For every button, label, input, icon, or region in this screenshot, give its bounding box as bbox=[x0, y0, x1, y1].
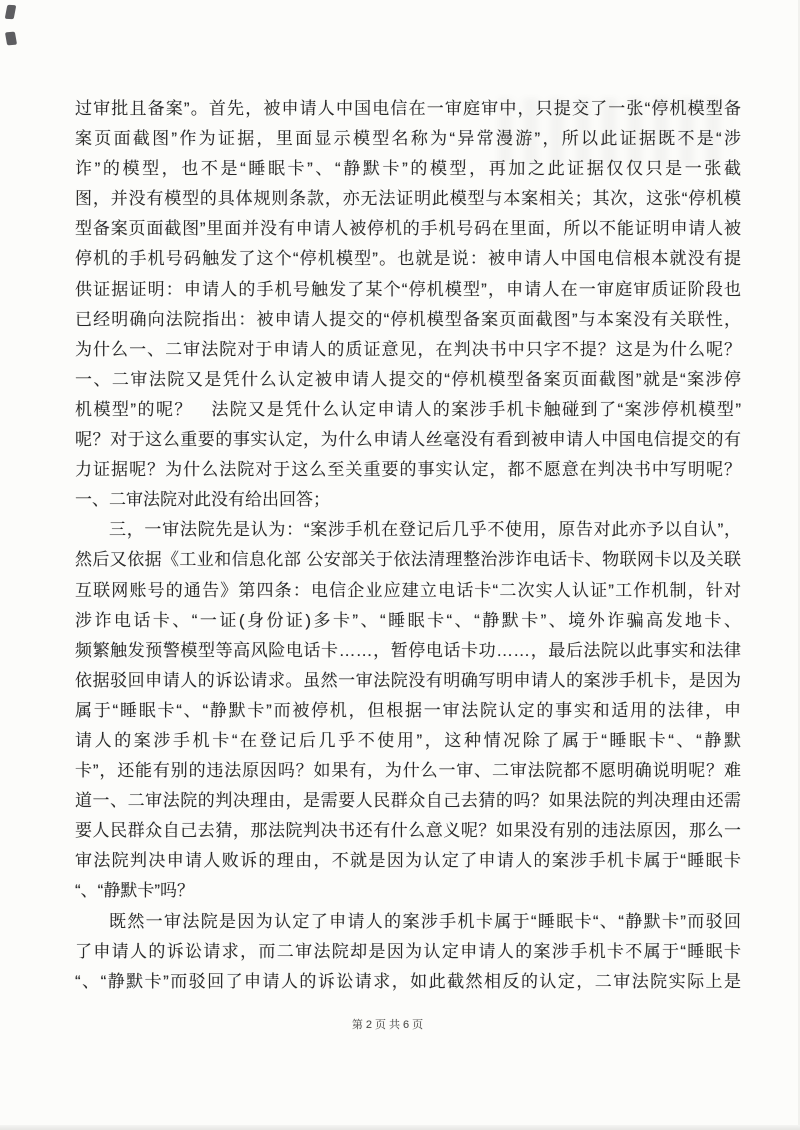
text-line: 要人民群众自己去猜，那法院判决书还有什么意义呢？如果没有别的违法原因，那么一 bbox=[75, 816, 741, 846]
text-line: 过审批且备案”。首先，被申请人中国电信在一审庭审中，只提交了一张“停机模型备 bbox=[75, 94, 741, 124]
scan-artifact-mark bbox=[5, 5, 17, 19]
text-line: 然后又依据《工业和信息化部 公安部关于依法清理整治涉诈电话卡、物联网卡以及关联 bbox=[75, 545, 741, 575]
text-line: 频繁触发预警模型等高风险电话卡……，暂停电话卡功……，最后法院以此事实和法律 bbox=[75, 636, 741, 666]
text-line: 三，一审法院先是认为：“案涉手机在登记后几乎不使用，原告对此亦予以自认”， bbox=[75, 515, 741, 545]
text-line: 请人的案涉手机卡“在登记后几乎不使用”，这种情况除了属于“睡眠卡“、“静默 bbox=[75, 726, 741, 756]
text-line: 已经明确向法院指出：被申请人提交的“停机模型备案页面截图”与本案没有关联性， bbox=[75, 305, 741, 335]
text-line: “、“静默卡”吗？ bbox=[75, 876, 741, 906]
text-line: 为什么一、二审法院对于申请人的质证意见，在判决书中只字不提？这是为什么呢？ bbox=[75, 335, 741, 365]
text-line: 停机的手机号码触发了这个“停机模型”。也就是说：被申请人中国电信根本就没有提 bbox=[75, 244, 741, 274]
text-line: 力证据呢？为什么法院对于这么至关重要的事实认定，都不愿意在判决书中写明呢？ bbox=[75, 455, 741, 485]
text-line: 一、二审法院对此没有给出回答； bbox=[75, 485, 741, 515]
text-line: 审法院判决申请人败诉的理由，不就是因为认定了申请人的案涉手机卡属于“睡眠卡 bbox=[75, 846, 741, 876]
text-line: 涉诈电话卡、“一证(身份证)多卡”、“睡眠卡“、“静默卡”、境外诈骗高发地卡、 bbox=[75, 606, 741, 636]
text-line: 互联网账号的通告》第四条：电信企业应建立电话卡“二次实人认证”工作机制，针对 bbox=[75, 576, 741, 606]
text-line: 供证据证明：申请人的手机号触发了某个“停机模型”，申请人在一审庭审质证阶段也 bbox=[75, 275, 741, 305]
text-line: 案页面截图”作为证据，里面显示模型名称为“异常漫游”，所以此证据既不是“涉 bbox=[75, 124, 741, 154]
text-line: 图，并没有模型的具体规则条款，亦无法证明此模型与本案相关；其次，这张“停机模 bbox=[75, 184, 741, 214]
text-line: 型备案页面截图”里面并没有申请人被停机的手机号码在里面，所以不能证明申请人被 bbox=[75, 214, 741, 244]
text-line: 依据驳回申请人的诉讼请求。虽然一审法院没有明确写明申请人的案涉手机卡，是因为 bbox=[75, 666, 741, 696]
page-number: 第2页共6页 bbox=[0, 1016, 789, 1032]
text-line: 机模型”的呢？ 法院又是凭什么认定申请人的案涉手机卡触碰到了“案涉停机模型” bbox=[75, 395, 741, 425]
text-line: 了申请人的诉讼请求，而二审法院却是因为认定申请人的案涉手机卡不属于“睡眠卡 bbox=[75, 937, 741, 967]
text-line: 既然一审法院是因为认定了申请人的案涉手机卡属于“睡眠卡“、“静默卡”而驳回 bbox=[75, 907, 741, 937]
text-line: 卡”，还能有别的违法原因吗？如果有，为什么一审、二审法院都不愿明确说明呢？难 bbox=[75, 756, 741, 786]
text-line: 道一、二审法院的判决理由，是需要人民群众自己去猜的吗？如果法院的判决理由还需 bbox=[75, 786, 741, 816]
scan-edge-bottom bbox=[0, 1125, 800, 1130]
text-line: “、“静默卡”而驳回了申请人的诉讼请求，如此截然相反的认定，二审法院实际上是 bbox=[75, 967, 741, 997]
text-line: 呢？对于这么重要的事实认定，为什么申请人丝毫没有看到被申请人中国电信提交的有 bbox=[75, 425, 741, 455]
text-line: 属于“睡眠卡“、“静默卡”而被停机，但根据一审法院认定的事实和适用的法律，申 bbox=[75, 696, 741, 726]
text-line: 诈”的模型，也不是“睡眠卡”、“静默卡”的模型，再加之此证据仅仅只是一张截 bbox=[75, 154, 741, 184]
document-body: 过审批且备案”。首先，被申请人中国电信在一审庭审中，只提交了一张“停机模型备案页… bbox=[75, 94, 741, 997]
scan-artifact-mark bbox=[5, 32, 17, 46]
scanned-document-page: 过审批且备案”。首先，被申请人中国电信在一审庭审中，只提交了一张“停机模型备案页… bbox=[0, 0, 800, 1130]
text-line: 一、二审法院又是凭什么认定被申请人提交的“停机模型备案页面截图”就是“案涉停 bbox=[75, 365, 741, 395]
